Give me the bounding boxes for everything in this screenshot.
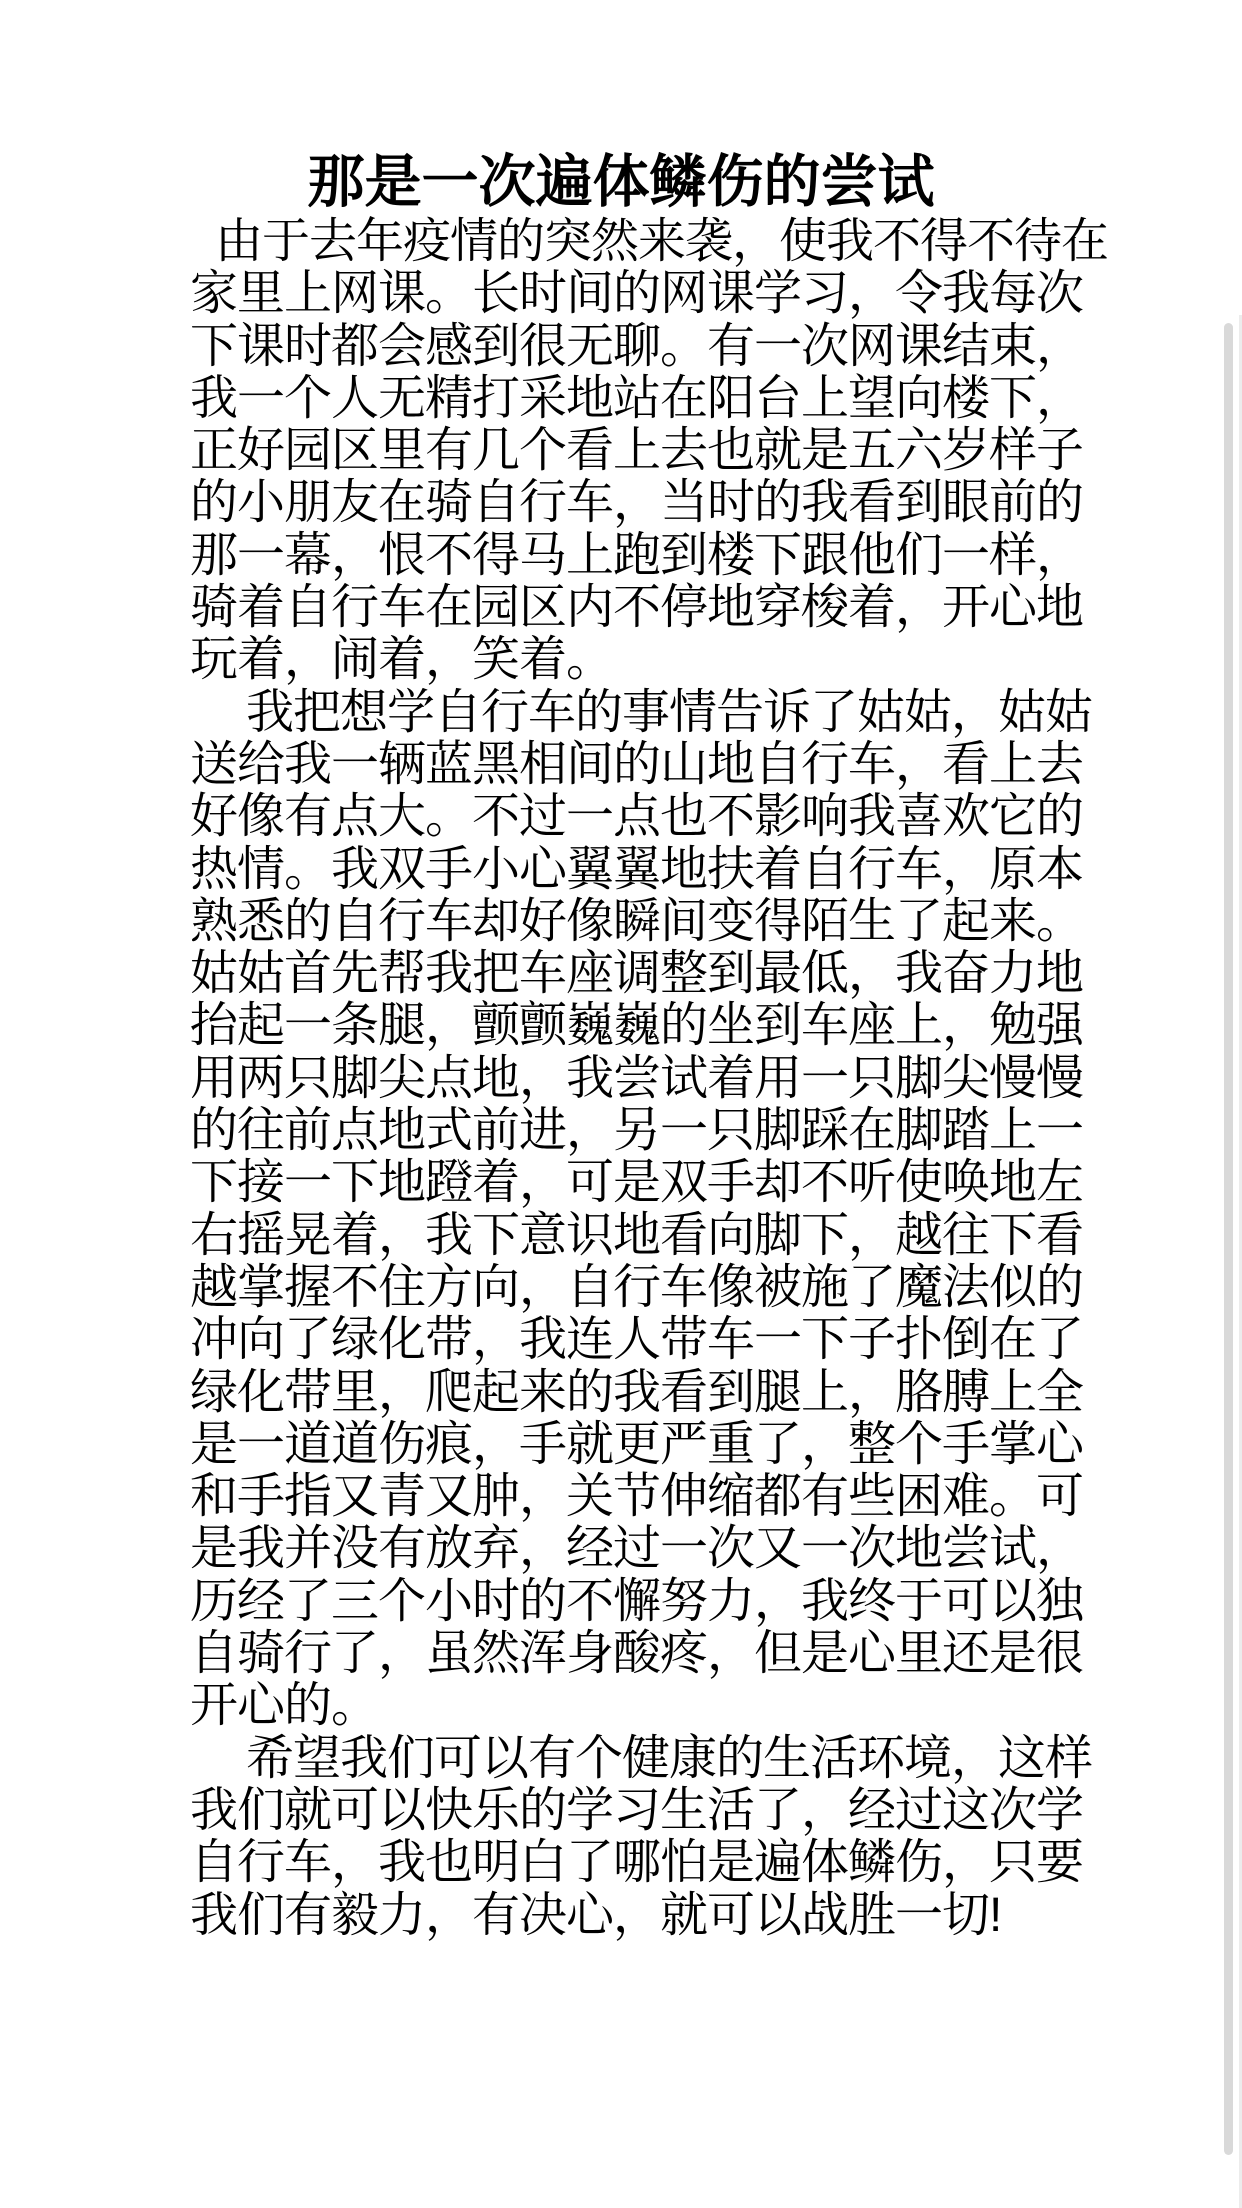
text-line: 我们有毅力，有决心，就可以战胜一切!	[190, 1890, 1170, 1942]
text-line: 右摇晃着，我下意识地看向脚下，越往下看	[190, 1210, 1170, 1262]
text-line: 的小朋友在骑自行车，当时的我看到眼前的	[190, 477, 1170, 529]
text-line: 冲向了绿化带，我连人带车一下子扑倒在了	[190, 1314, 1170, 1366]
text-line: 我们就可以快乐的学习生活了，经过这次学	[190, 1785, 1170, 1837]
text-line: 玩着，闹着，笑着。	[190, 634, 1170, 686]
text-line: 好像有点大。不过一点也不影响我喜欢它的	[190, 791, 1170, 843]
text-line: 下课时都会感到很无聊。有一次网课结束，	[190, 321, 1170, 373]
text-line: 送给我一辆蓝黑相间的山地自行车，看上去	[190, 739, 1170, 791]
text-line: 是我并没有放弃，经过一次又一次地尝试，	[190, 1523, 1170, 1575]
text-line: 自行车，我也明白了哪怕是遍体鳞伤，只要	[190, 1837, 1170, 1889]
text-line: 熟悉的自行车却好像瞬间变得陌生了起来。	[190, 896, 1170, 948]
text-line: 开心的。	[190, 1680, 1170, 1732]
text-line: 和手指又青又肿，关节伸缩都有些困难。可	[190, 1471, 1170, 1523]
text-line: 那一幕，恨不得马上跑到楼下跟他们一样，	[190, 530, 1170, 582]
text-line: 希望我们可以有个健康的生活环境，这样	[190, 1733, 1170, 1785]
text-line: 用两只脚尖点地，我尝试着用一只脚尖慢慢	[190, 1053, 1170, 1105]
document-body: 由于去年疫情的突然来袭，使我不得不待在 家里上网课。长时间的网课学习，令我每次 …	[190, 216, 1170, 1942]
text-line: 下接一下地蹬着，可是双手却不听使唤地左	[190, 1157, 1170, 1209]
document-page: 那是一次遍体鳞伤的尝试 由于去年疫情的突然来袭，使我不得不待在 家里上网课。长时…	[0, 0, 1242, 2208]
text-line: 历经了三个小时的不懈努力，我终于可以独	[190, 1576, 1170, 1628]
text-line: 骑着自行车在园区内不停地穿梭着，开心地	[190, 582, 1170, 634]
text-line: 抬起一条腿，颤颤巍巍的坐到车座上，勉强	[190, 1000, 1170, 1052]
text-line: 越掌握不住方向，自行车像被施了魔法似的	[190, 1262, 1170, 1314]
document-title: 那是一次遍体鳞伤的尝试	[0, 150, 1242, 214]
text-line: 我一个人无精打采地站在阳台上望向楼下，	[190, 373, 1170, 425]
text-line: 姑姑首先帮我把车座调整到最低，我奋力地	[190, 948, 1170, 1000]
text-line: 由于去年疫情的突然来袭，使我不得不待在	[190, 216, 1170, 268]
text-line: 绿化带里，爬起来的我看到腿上，胳膊上全	[190, 1367, 1170, 1419]
text-line: 正好园区里有几个看上去也就是五六岁样子	[190, 425, 1170, 477]
scrollbar-thumb[interactable]	[1224, 323, 1233, 2155]
text-line: 的往前点地式前进，另一只脚踩在脚踏上一	[190, 1105, 1170, 1157]
text-line: 是一道道伤痕，手就更严重了，整个手掌心	[190, 1419, 1170, 1471]
text-line: 我把想学自行车的事情告诉了姑姑，姑姑	[190, 687, 1170, 739]
text-line: 自骑行了，虽然浑身酸疼，但是心里还是很	[190, 1628, 1170, 1680]
text-line: 热情。我双手小心翼翼地扶着自行车，原本	[190, 844, 1170, 896]
text-line: 家里上网课。长时间的网课学习，令我每次	[190, 268, 1170, 320]
